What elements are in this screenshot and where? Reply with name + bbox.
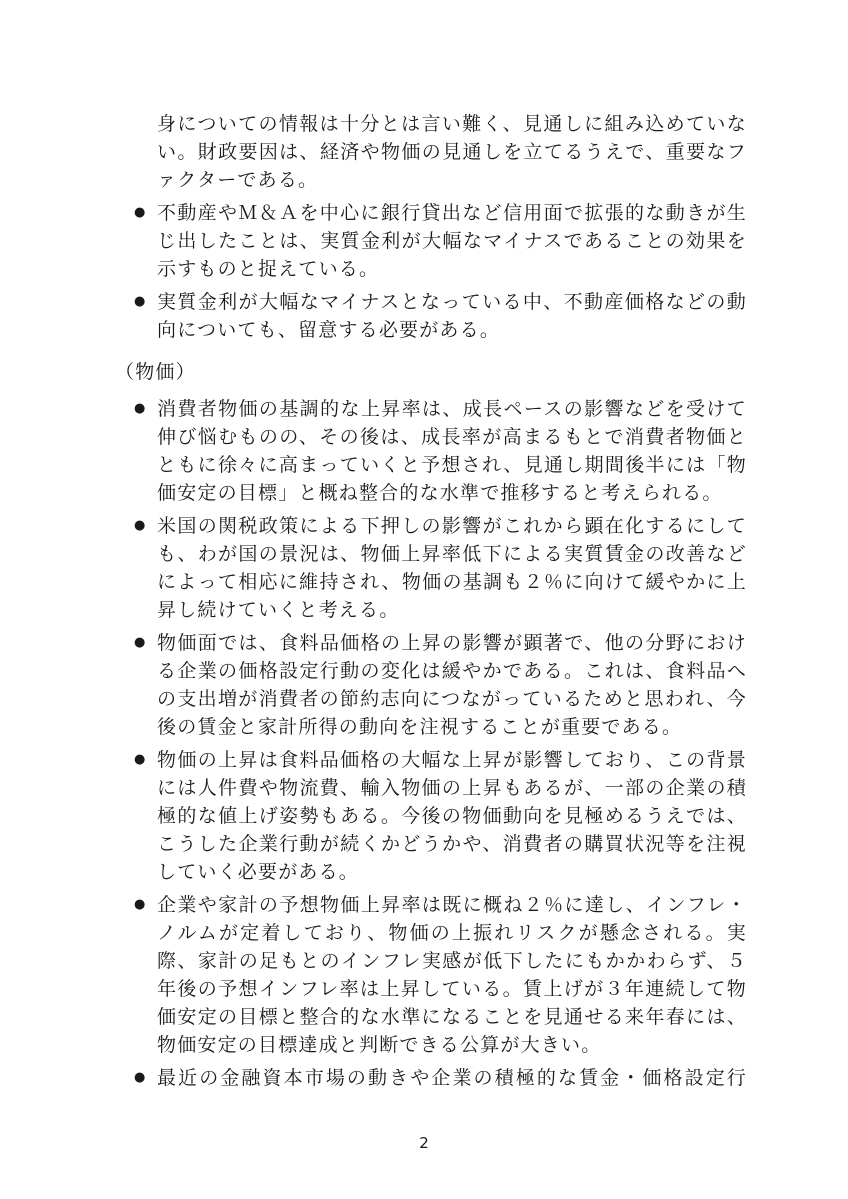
bullet-icon: ● — [134, 400, 145, 418]
document-page: 身についての情報は十分とは言い難く、見通しに組み込めていない。財政要因は、経済や… — [0, 0, 848, 1199]
bullet-item: ● 米国の関税政策による下押しの影響がこれから顕在化するにしても、わが国の景況は… — [115, 512, 747, 624]
bullet-icon: ● — [134, 896, 145, 914]
bullet-icon: ● — [134, 634, 145, 652]
bullet-item: ● 物価面では、食料品価格の上昇の影響が顕著で、他の分野における企業の価格設定行… — [115, 629, 747, 741]
bullet-icon: ● — [134, 1069, 145, 1087]
bullet-item: ● 企業や家計の予想物価上昇率は既に概ね２％に達し、インフレ・ノルムが定着してお… — [115, 891, 747, 1059]
bullet-icon: ● — [134, 293, 145, 311]
document-content: 身についての情報は十分とは言い難く、見通しに組み込めていない。財政要因は、経済や… — [115, 110, 747, 1097]
bullet-text: 消費者物価の基調的な上昇率は、成長ペースの影響などを受けて伸び悩むものの、その後… — [157, 395, 747, 507]
bullet-item: ● 最近の金融資本市場の動きや企業の積極的な賃金・価格設定行 — [115, 1064, 747, 1092]
section-header-prices: （物価） — [115, 358, 747, 386]
bullet-text: 最近の金融資本市場の動きや企業の積極的な賃金・価格設定行 — [157, 1064, 747, 1092]
bullet-item: ● 消費者物価の基調的な上昇率は、成長ペースの影響などを受けて伸び悩むものの、そ… — [115, 395, 747, 507]
bullet-icon: ● — [134, 204, 145, 222]
bullet-text: 実質金利が大幅なマイナスとなっている中、不動産価格などの動向についても、留意する… — [157, 288, 747, 344]
bullet-text: 不動産やＭ＆Ａを中心に銀行貸出など信用面で拡張的な動きが生じ出したことは、実質金… — [157, 199, 747, 283]
bullet-item: ● 実質金利が大幅なマイナスとなっている中、不動産価格などの動向についても、留意… — [115, 288, 747, 344]
bullet-text: 物価面では、食料品価格の上昇の影響が顕著で、他の分野における企業の価格設定行動の… — [157, 629, 747, 741]
bullet-text: 企業や家計の予想物価上昇率は既に概ね２％に達し、インフレ・ノルムが定着しており、… — [157, 891, 747, 1059]
paragraph-continuation: 身についての情報は十分とは言い難く、見通しに組み込めていない。財政要因は、経済や… — [115, 110, 747, 194]
bullet-text: 米国の関税政策による下押しの影響がこれから顕在化するにしても、わが国の景況は、物… — [157, 512, 747, 624]
bullet-icon: ● — [134, 517, 145, 535]
bullet-item: ● 物価の上昇は食料品価格の大幅な上昇が影響しており、この背景には人件費や物流費… — [115, 746, 747, 886]
bullet-text: 物価の上昇は食料品価格の大幅な上昇が影響しており、この背景には人件費や物流費、輸… — [157, 746, 747, 886]
page-number: 2 — [0, 1134, 848, 1152]
bullet-item: ● 不動産やＭ＆Ａを中心に銀行貸出など信用面で拡張的な動きが生じ出したことは、実… — [115, 199, 747, 283]
bullet-icon: ● — [134, 751, 145, 769]
